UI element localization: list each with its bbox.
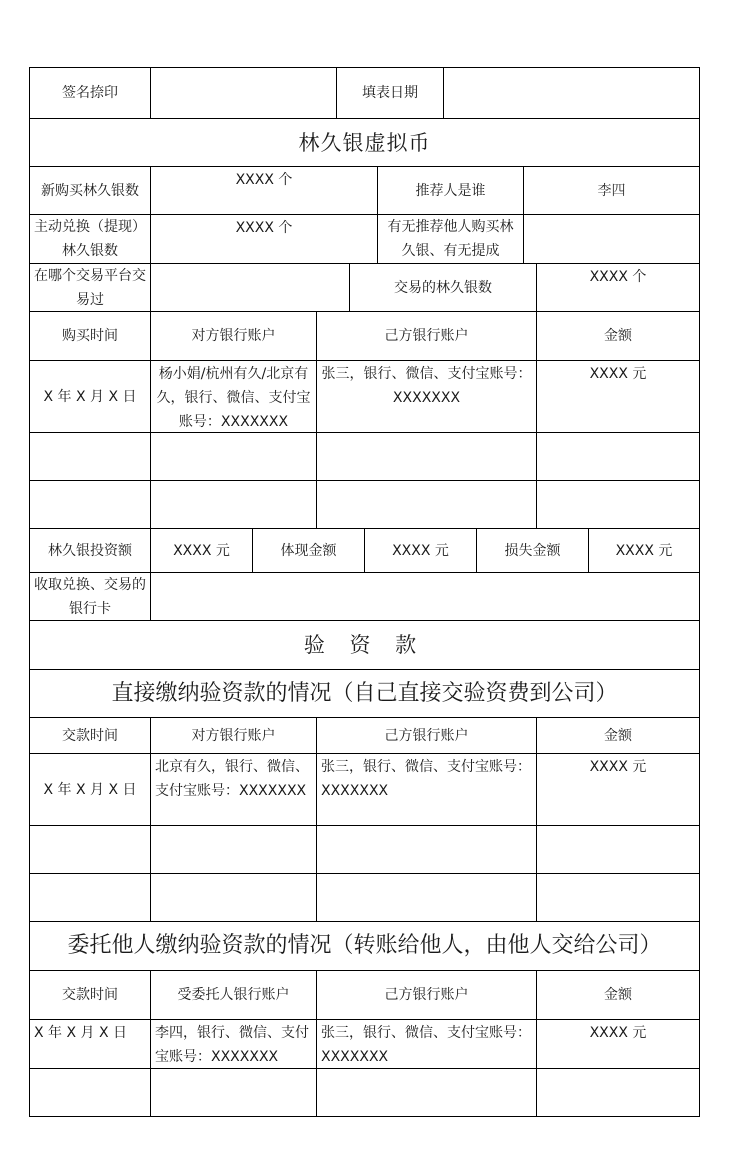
direct-row-3-counterparty[interactable] — [150, 873, 317, 922]
column-header-text: 购买时间 — [62, 324, 118, 348]
direct-row-3-amount[interactable] — [536, 873, 700, 922]
referrer-field[interactable]: 李四 — [523, 166, 700, 215]
loss-amount-value: XXXX 元 — [616, 539, 673, 563]
direct-col-header-amount: 金额 — [536, 717, 700, 754]
subsection-title-delegated-payment: 委托他人缴纳验资款的情况（转账给他人，由他人交给公司） — [29, 921, 700, 971]
withdraw-amount-field[interactable]: XXXX 元 — [364, 528, 477, 573]
purchase-row-3-own-account[interactable] — [316, 480, 537, 529]
purchase-row-2-counterparty[interactable] — [150, 432, 317, 481]
bank-card-label: 收取兑换、交易的银行卡 — [29, 572, 151, 621]
direct-row-1-time[interactable]: X 年 X 月 X 日 — [29, 753, 151, 826]
fill-date-label: 填表日期 — [336, 67, 444, 119]
bank-card-field[interactable] — [150, 572, 700, 621]
redeem-value: XXXX 个 — [236, 216, 293, 240]
delegated-col-header-trustee-account: 受委托人银行账户 — [150, 970, 317, 1020]
withdraw-amount-label-text: 体现金额 — [281, 539, 337, 563]
table-cell-text: 杨小娟/杭州有久/北京有久，银行、微信、支付宝账号：XXXXXXX — [155, 362, 312, 434]
investment-registration-form: 签名捺印 填表日期 林久银虚拟币 新购买林久银数 XXXX 个 推荐人是谁 李四… — [0, 0, 749, 1172]
column-header-text: 受委托人银行账户 — [178, 983, 290, 1007]
withdraw-amount-value: XXXX 元 — [392, 539, 449, 563]
direct-row-3-time[interactable] — [29, 873, 151, 922]
referred-others-label: 有无推荐他人购买林久银、有无提成 — [377, 214, 524, 264]
redeem-label: 主动兑换（提现）林久银数 — [29, 214, 151, 264]
invest-amount-label: 林久银投资额 — [29, 528, 151, 573]
loss-amount-label-text: 损失金额 — [505, 539, 561, 563]
platform-label: 在哪个交易平台交易过 — [29, 263, 151, 312]
traded-count-value: XXXX 个 — [590, 265, 647, 289]
section-title-text: 林久银虚拟币 — [299, 131, 431, 155]
loss-amount-field[interactable]: XXXX 元 — [588, 528, 700, 573]
bank-card-label-text: 收取兑换、交易的银行卡 — [34, 573, 146, 621]
delegated-row-1-time[interactable]: X 年 X 月 X 日 — [29, 1019, 151, 1069]
subsection-title-text: 委托他人缴纳验资款的情况（转账给他人，由他人交给公司） — [67, 934, 661, 958]
purchase-col-header-amount: 金额 — [536, 311, 700, 361]
delegated-col-header-own-account: 己方银行账户 — [316, 970, 537, 1020]
delegated-row-1-own-account[interactable]: 张三，银行、微信、支付宝账号：XXXXXXX — [316, 1019, 537, 1069]
new-purchase-field[interactable]: XXXX 个 — [150, 166, 378, 215]
purchase-col-header-own-account: 己方银行账户 — [316, 311, 537, 361]
direct-row-3-own-account[interactable] — [316, 873, 537, 922]
purchase-row-3-amount[interactable] — [536, 480, 700, 529]
direct-row-2-counterparty[interactable] — [150, 825, 317, 874]
direct-col-header-own-account: 己方银行账户 — [316, 717, 537, 754]
table-cell-text: 张三，银行、微信、支付宝账号：XXXXXXX — [321, 755, 532, 803]
purchase-col-header-time: 购买时间 — [29, 311, 151, 361]
redeem-label-text: 主动兑换（提现）林久银数 — [34, 215, 146, 263]
withdraw-amount-label: 体现金额 — [252, 528, 365, 573]
direct-row-1-own-account[interactable]: 张三，银行、微信、支付宝账号：XXXXXXX — [316, 753, 537, 826]
fill-date-label-text: 填表日期 — [362, 81, 418, 105]
redeem-field[interactable]: XXXX 个 — [150, 214, 378, 264]
purchase-row-1-counterparty[interactable]: 杨小娟/杭州有久/北京有久，银行、微信、支付宝账号：XXXXXXX — [150, 360, 317, 433]
referred-others-label-text: 有无推荐他人购买林久银、有无提成 — [382, 215, 519, 263]
purchase-row-2-amount[interactable] — [536, 432, 700, 481]
delegated-row-2-time[interactable] — [29, 1068, 151, 1117]
direct-row-1-amount[interactable]: XXXX 元 — [536, 753, 700, 826]
delegated-row-1-trustee-account[interactable]: 李四，银行、微信、支付宝账号：XXXXXXX — [150, 1019, 317, 1069]
table-cell-text: XXXX 元 — [590, 362, 647, 386]
table-cell-text: X 年 X 月 X 日 — [43, 385, 136, 409]
signature-field[interactable] — [150, 67, 337, 119]
traded-count-label: 交易的林久银数 — [349, 263, 537, 312]
traded-count-label-text: 交易的林久银数 — [394, 276, 492, 300]
delegated-row-2-trustee-account[interactable] — [150, 1068, 317, 1117]
delegated-row-2-own-account[interactable] — [316, 1068, 537, 1117]
purchase-row-1-time[interactable]: X 年 X 月 X 日 — [29, 360, 151, 433]
table-cell-text: XXXX 元 — [590, 755, 647, 779]
table-cell-text: XXXX 元 — [590, 1021, 647, 1045]
direct-col-header-counterparty: 对方银行账户 — [150, 717, 317, 754]
purchase-col-header-counterparty: 对方银行账户 — [150, 311, 317, 361]
column-header-text: 交款时间 — [62, 983, 118, 1007]
column-header-text: 金额 — [604, 724, 632, 748]
direct-row-2-time[interactable] — [29, 825, 151, 874]
direct-row-2-own-account[interactable] — [316, 825, 537, 874]
loss-amount-label: 损失金额 — [476, 528, 589, 573]
direct-row-2-amount[interactable] — [536, 825, 700, 874]
referrer-label-text: 推荐人是谁 — [416, 179, 486, 203]
table-cell-text: X 年 X 月 X 日 — [34, 1021, 127, 1045]
purchase-row-3-time[interactable] — [29, 480, 151, 529]
column-header-text: 己方银行账户 — [385, 983, 469, 1007]
column-header-text: 金额 — [604, 324, 632, 348]
referred-others-field[interactable] — [523, 214, 700, 264]
subsection-title-text: 直接缴纳验资款的情况（自己直接交验资费到公司） — [111, 682, 617, 706]
column-header-text: 己方银行账户 — [385, 324, 469, 348]
table-cell-text: X 年 X 月 X 日 — [43, 778, 136, 802]
delegated-row-1-amount[interactable]: XXXX 元 — [536, 1019, 700, 1069]
section-title-virtual-coin: 林久银虚拟币 — [29, 118, 700, 167]
direct-row-1-counterparty[interactable]: 北京有久，银行、微信、支付宝账号：XXXXXXX — [150, 753, 317, 826]
column-header-text: 金额 — [604, 983, 632, 1007]
purchase-row-1-own-account[interactable]: 张三，银行、微信、支付宝账号：XXXXXXX — [316, 360, 537, 433]
delegated-col-header-time: 交款时间 — [29, 970, 151, 1020]
purchase-row-3-counterparty[interactable] — [150, 480, 317, 529]
delegated-col-header-amount: 金额 — [536, 970, 700, 1020]
signature-label-text: 签名捺印 — [62, 81, 118, 105]
table-cell-text: 李四，银行、微信、支付宝账号：XXXXXXX — [155, 1021, 312, 1069]
invest-amount-value: XXXX 元 — [173, 539, 230, 563]
fill-date-field[interactable] — [443, 67, 700, 119]
platform-field[interactable] — [150, 263, 350, 312]
section-title-text: 验 资 款 — [304, 633, 425, 657]
purchase-row-1-amount[interactable]: XXXX 元 — [536, 360, 700, 433]
referrer-value: 李四 — [598, 179, 626, 203]
referrer-label: 推荐人是谁 — [377, 166, 524, 215]
new-purchase-label: 新购买林久银数 — [29, 166, 151, 215]
column-header-text: 对方银行账户 — [192, 724, 276, 748]
delegated-row-2-amount[interactable] — [536, 1068, 700, 1117]
table-cell-text: 北京有久，银行、微信、支付宝账号：XXXXXXX — [155, 755, 312, 803]
column-header-text: 己方银行账户 — [385, 724, 469, 748]
traded-count-field[interactable]: XXXX 个 — [536, 263, 700, 312]
invest-amount-label-text: 林久银投资额 — [48, 539, 132, 563]
section-title-capital-verification: 验 资 款 — [29, 620, 700, 670]
invest-amount-field[interactable]: XXXX 元 — [150, 528, 253, 573]
purchase-row-2-time[interactable] — [29, 432, 151, 481]
purchase-row-2-own-account[interactable] — [316, 432, 537, 481]
new-purchase-label-text: 新购买林久银数 — [41, 179, 139, 203]
platform-label-text: 在哪个交易平台交易过 — [34, 264, 146, 312]
column-header-text: 对方银行账户 — [192, 324, 276, 348]
direct-col-header-time: 交款时间 — [29, 717, 151, 754]
table-cell-text: 张三，银行、微信、支付宝账号：XXXXXXX — [321, 1021, 532, 1069]
signature-label: 签名捺印 — [29, 67, 151, 119]
table-cell-text: 张三，银行、微信、支付宝账号：XXXXXXX — [321, 362, 532, 410]
new-purchase-value: XXXX 个 — [236, 168, 293, 192]
subsection-title-direct-payment: 直接缴纳验资款的情况（自己直接交验资费到公司） — [29, 669, 700, 718]
column-header-text: 交款时间 — [62, 724, 118, 748]
